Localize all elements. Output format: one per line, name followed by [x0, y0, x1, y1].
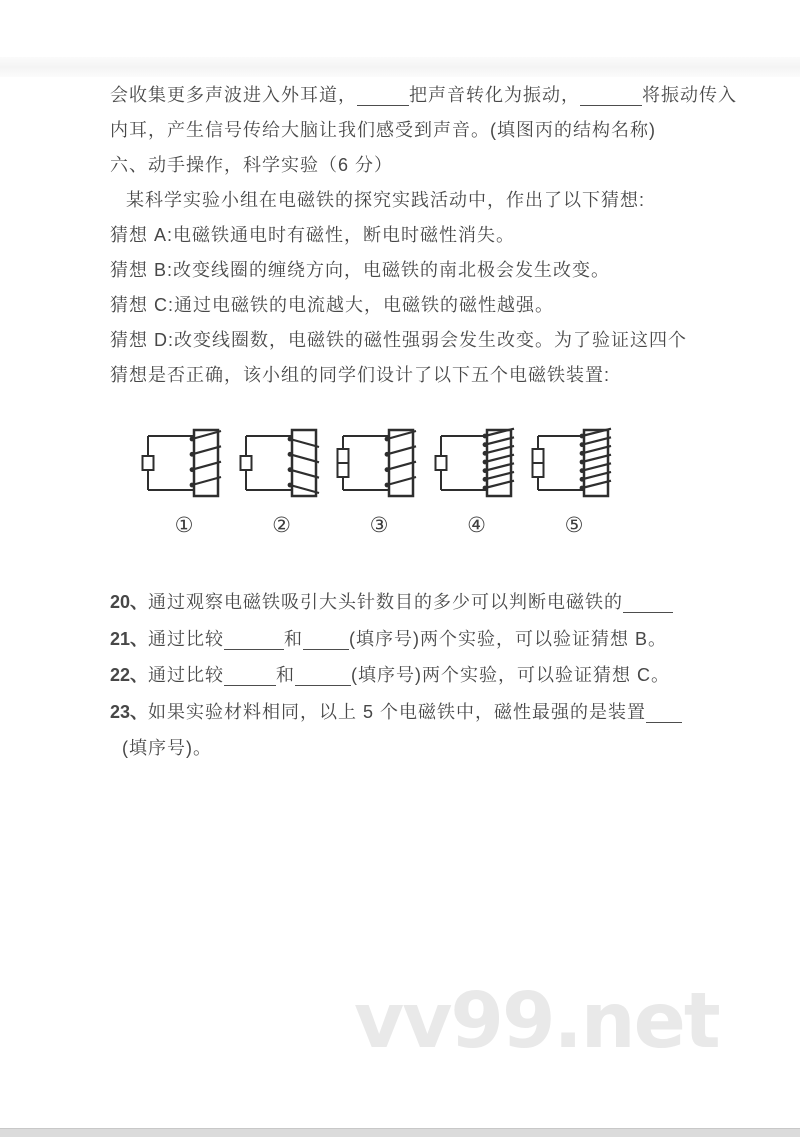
wire-joint	[190, 483, 195, 488]
fill-blank	[224, 671, 276, 686]
battery-cell	[338, 449, 349, 463]
question-20-number: 20、	[110, 592, 148, 612]
circuit-diagram	[234, 426, 330, 502]
electromagnet-device-4: ④	[429, 426, 525, 537]
question-20-text: 通过观察电磁铁吸引大头针数目的多少可以判断电磁铁的	[148, 592, 623, 612]
guess-d-line1: 猜想 D:改变线圈数，电磁铁的磁性强弱会发生改变。为了验证这四个	[110, 323, 696, 358]
wire-joint	[287, 483, 292, 488]
circuit-diagram	[136, 426, 232, 502]
wire-joint	[580, 468, 585, 473]
battery-cell	[533, 449, 544, 463]
guess-b: 猜想 B:改变线圈的缠绕方向，电磁铁的南北极会发生改变。	[110, 253, 696, 288]
device-label-4: ④	[429, 515, 525, 537]
circuit-diagram	[429, 426, 525, 502]
fill-blank	[646, 708, 682, 723]
wire-joint	[190, 437, 195, 442]
question-22: 22、通过比较和(填序号)两个实验，可以验证猜想 C。	[110, 657, 696, 694]
wire-joint	[482, 477, 487, 482]
wire-joint	[482, 468, 487, 473]
question-21-conj: 和	[284, 629, 303, 649]
wire-joint	[287, 452, 292, 457]
fill-blank	[295, 671, 351, 686]
question-23-text: 如果实验材料相同，以上 5 个电磁铁中，磁性最强的是装置	[148, 702, 646, 722]
wire-joint	[287, 437, 292, 442]
battery-cell	[435, 456, 446, 470]
wire-joint	[580, 442, 585, 447]
page-top-shade	[0, 57, 800, 77]
fill-blank	[357, 91, 409, 106]
wire-joint	[287, 467, 292, 472]
electromagnet-device-2: ②	[234, 426, 330, 537]
fill-blank	[623, 598, 673, 613]
question-21: 21、通过比较和(填序号)两个实验，可以验证猜想 B。	[110, 621, 696, 658]
wire-joint	[385, 467, 390, 472]
device-label-2: ②	[234, 515, 330, 537]
question-23-line2: (填序号)。	[110, 730, 696, 767]
question-21-pre: 通过比较	[148, 629, 224, 649]
fill-blank	[224, 635, 284, 650]
wire-joint	[482, 460, 487, 465]
wire-joint	[482, 486, 487, 491]
fill-blank	[303, 635, 349, 650]
guess-a: 猜想 A:电磁铁通电时有磁性，断电时磁性消失。	[110, 218, 696, 253]
wire-joint	[482, 442, 487, 447]
wire-joint	[580, 434, 585, 439]
hearing-line1-part3: 将振动传入	[642, 85, 737, 105]
guess-d-line2: 猜想是否正确，该小组的同学们设计了以下五个电磁铁装置:	[110, 358, 696, 393]
question-23-line1: 23、如果实验材料相同，以上 5 个电磁铁中，磁性最强的是装置	[110, 694, 696, 731]
wire-joint	[385, 452, 390, 457]
electromagnet-device-3: ③	[331, 426, 427, 537]
electromagnet-device-5: ⑤	[526, 426, 622, 537]
question-22-conj: 和	[276, 665, 295, 685]
fill-blank	[580, 91, 642, 106]
hearing-line1-part1: 会收集更多声波进入外耳道，	[110, 85, 357, 105]
question-23-number: 23、	[110, 702, 148, 722]
wire-joint	[580, 460, 585, 465]
questions-block: 20、通过观察电磁铁吸引大头针数目的多少可以判断电磁铁的 21、通过比较和(填序…	[110, 584, 696, 767]
battery-cell	[338, 463, 349, 477]
question-20: 20、通过观察电磁铁吸引大头针数目的多少可以判断电磁铁的	[110, 584, 696, 621]
hearing-question-line1: 会收集更多声波进入外耳道，把声音转化为振动，将振动传入	[110, 78, 696, 113]
page-bottom-bar	[0, 1128, 800, 1137]
electromagnet-device-1: ①	[136, 426, 232, 537]
question-22-number: 22、	[110, 665, 148, 685]
device-label-3: ③	[331, 515, 427, 537]
section-lead: 某科学实验小组在电磁铁的探究实践活动中，作出了以下猜想:	[110, 183, 696, 218]
wire-joint	[385, 483, 390, 488]
hearing-question-line2: 内耳，产生信号传给大脑让我们感受到声音。(填图丙的结构名称)	[110, 113, 696, 148]
device-label-5: ⑤	[526, 515, 622, 537]
wire-joint	[482, 434, 487, 439]
wire-joint	[580, 477, 585, 482]
wire-joint	[190, 452, 195, 457]
question-21-post: (填序号)两个实验，可以验证猜想 B。	[349, 629, 667, 649]
battery-cell	[533, 463, 544, 477]
scanned-exam-page: { "watermark": "vv99.net", "hearing": { …	[0, 0, 800, 1137]
device-label-1: ①	[136, 515, 232, 537]
wire-joint	[580, 486, 585, 491]
section-heading: 六、动手操作，科学实验（6 分）	[110, 148, 696, 183]
question-22-pre: 通过比较	[148, 665, 224, 685]
watermark-text: vv99.net	[354, 983, 719, 1060]
hearing-line1-part2: 把声音转化为振动，	[409, 85, 580, 105]
guess-c: 猜想 C:通过电磁铁的电流越大，电磁铁的磁性越强。	[110, 288, 696, 323]
wire-joint	[385, 437, 390, 442]
circuit-diagram	[331, 426, 427, 502]
document-content: 会收集更多声波进入外耳道，把声音转化为振动，将振动传入 内耳，产生信号传给大脑让…	[110, 78, 696, 767]
electromagnet-devices-figure: ①②③④⑤	[136, 426, 622, 537]
question-21-number: 21、	[110, 629, 148, 649]
question-22-post: (填序号)两个实验，可以验证猜想 C。	[351, 665, 670, 685]
wire-joint	[580, 451, 585, 456]
circuit-diagram	[526, 426, 622, 502]
battery-cell	[240, 456, 251, 470]
wire-joint	[482, 451, 487, 456]
wire-joint	[190, 467, 195, 472]
battery-cell	[143, 456, 154, 470]
